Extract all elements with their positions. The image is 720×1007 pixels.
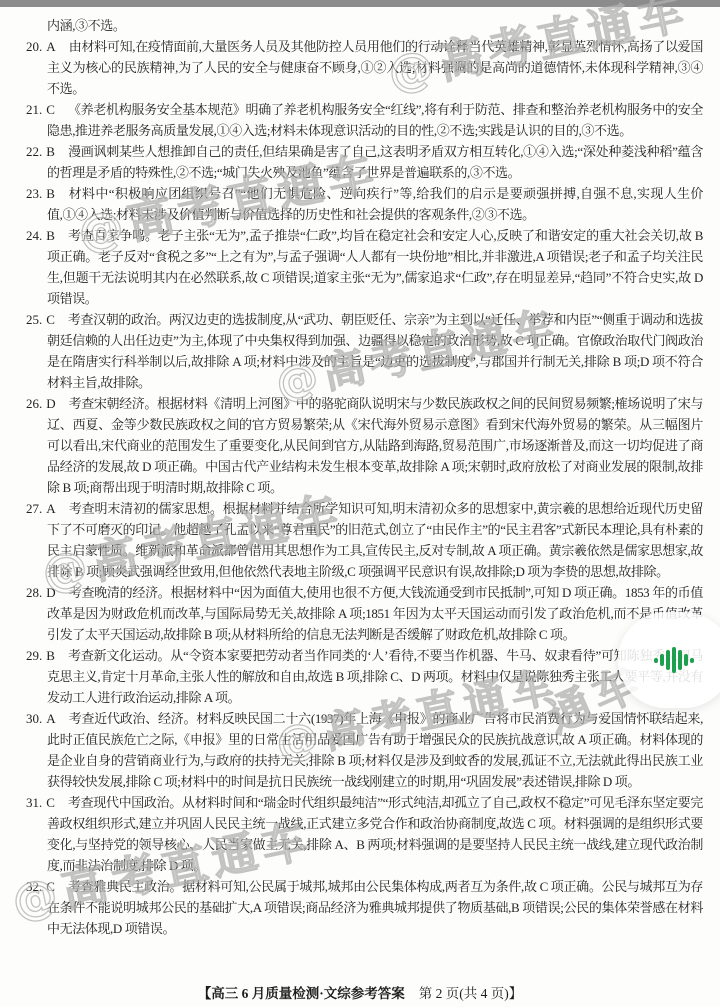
answer-item: 31.C考查现代中国政治。从材料时间和“瑞金时代组织最纯洁”“形式纯洁,却孤立了… [0,792,720,876]
item-answer-letter: B [46,648,55,663]
audio-waveform-icon [654,646,694,674]
item-marker: 26.D [26,396,56,411]
answer-item: 29.B考查新文化运动。从“令资本家要把劳动者当作同类的‘人’看待,不要当作机器… [0,645,720,708]
answer-item: 26.D考查宋朝经济。根据材料《清明上河图》中的骆驼商队说明宋与少数民族政权之间… [0,393,720,498]
item-marker: 20.A [26,39,56,54]
item-explanation: 由材料可知,在疫情面前,大量医务人员及其他防控人员用他们的行动诠释当代英雄精神,… [47,39,703,96]
item-marker: 30.A [26,711,56,726]
item-answer-letter: B [46,228,55,243]
listen-overlay[interactable] [618,612,720,708]
item-answer-letter: A [46,501,55,516]
item-answer-letter: A [46,39,55,54]
answer-item: 23.B材料中“积极响应团组织号召”“他们无惧危险、逆向疾行”等,给我们的启示是… [0,183,720,225]
item-marker: 21.C [26,102,55,117]
answers-list: 内涵,③不选。 20.A由材料可知,在疫情面前,大量医务人员及其他防控人员用他们… [0,15,720,939]
item-explanation: 《养老机构服务安全基本规范》明确了养老机构服务安全“红线”,将有利于防范、排查和… [47,102,703,138]
item-explanation: 考查近代政治、经济。材料反映民国二十六(1937)年上海《申报》的商业广告将市民… [47,711,703,789]
answer-item: 22.B漫画讽刺某些人想推卸自己的责任,但结果确是害了自己,这表明矛盾双方相互转… [0,141,720,183]
page-footer: 【高三 6 月质量检测·文综参考答案第 2 页(共 4 页)】 [0,982,720,1002]
continuation-line: 内涵,③不选。 [0,15,720,36]
item-explanation: 考查百家争鸣。老子主张“无为”,孟子推崇“仁政”,均旨在稳定社会和安定人心,反映… [47,228,703,306]
item-number: 30. [26,711,42,726]
item-explanation: 考查明末清初的儒家思想。根据材料并结合所学知识可知,明末清初众多的思想家中,黄宗… [47,501,703,579]
item-number: 21. [26,102,42,117]
answer-item: 20.A由材料可知,在疫情面前,大量医务人员及其他防控人员用他们的行动诠释当代英… [0,36,720,99]
item-marker: 22.B [26,144,55,159]
item-answer-letter: C [46,795,55,810]
item-number: 25. [26,312,42,327]
answer-item: 25.C考查汉朝的政治。两汉边吏的选拔制度,从“武功、朝臣贬任、宗亲”为主到以“… [0,309,720,393]
item-number: 26. [26,396,42,411]
item-number: 31. [26,795,42,810]
footer-page-info: 第 2 页(共 4 页)】 [419,986,523,1001]
item-number: 23. [26,186,42,201]
item-explanation: 考查现代中国政治。从材料时间和“瑞金时代组织最纯洁”“形式纯洁,却孤立了自己,政… [47,795,703,873]
answer-item: 27.A考查明末清初的儒家思想。根据材料并结合所学知识可知,明末清初众多的思想家… [0,498,720,582]
item-marker: 25.C [26,312,55,327]
item-explanation: 考查汉朝的政治。两汉边吏的选拔制度,从“武功、朝臣贬任、宗亲”为主到以“迁任、举… [47,312,703,390]
item-number: 22. [26,144,42,159]
item-marker: 32.C [26,879,55,894]
item-answer-letter: B [46,186,55,201]
item-number: 29. [26,648,42,663]
item-explanation: 考查新文化运动。从“令资本家要把劳动者当作同类的‘人’看待,不要当作机器、牛马、… [47,648,703,705]
item-marker: 28.D [26,585,56,600]
item-answer-letter: B [46,144,55,159]
answer-item: 28.D考查晚清的经济。根据材料中“因为面值大,使用也很不方便,大钱流通受到市民… [0,582,720,645]
footer-title: 【高三 6 月质量检测·文综参考答案 [198,986,405,1001]
item-answer-letter: C [46,879,55,894]
answer-item: 30.A考查近代政治、经济。材料反映民国二十六(1937)年上海《申报》的商业广… [0,708,720,792]
item-answer-letter: D [46,396,55,411]
answer-item: 21.C《养老机构服务安全基本规范》明确了养老机构服务安全“红线”,将有利于防范… [0,99,720,141]
item-number: 32. [26,879,42,894]
answer-item: 32.C考查雅典民主政治。据材料可知,公民属于城邦,城邦由公民集体构成,两者互为… [0,876,720,939]
item-number: 20. [26,39,42,54]
item-marker: 23.B [26,186,55,201]
item-marker: 31.C [26,795,55,810]
answer-item: 24.B考查百家争鸣。老子主张“无为”,孟子推崇“仁政”,均旨在稳定社会和安定人… [0,225,720,309]
item-explanation: 材料中“积极响应团组织号召”“他们无惧危险、逆向疾行”等,给我们的启示是要顽强拼… [47,186,703,222]
item-marker: 24.B [26,228,55,243]
item-explanation: 考查晚清的经济。根据材料中“因为面值大,使用也很不方便,大钱流通受到市民抵制”,… [47,585,703,642]
item-answer-letter: D [46,585,55,600]
item-explanation: 考查雅典民主政治。据材料可知,公民属于城邦,城邦由公民集体构成,两者互为条件,故… [47,879,703,936]
item-number: 27. [26,501,42,516]
item-marker: 29.B [26,648,55,663]
item-answer-letter: C [46,102,55,117]
item-number: 28. [26,585,42,600]
item-explanation: 考查宋朝经济。根据材料《清明上河图》中的骆驼商队说明宋与少数民族政权之间的民间贸… [47,396,703,495]
item-answer-letter: C [46,312,55,327]
scan-top-bar [0,0,720,7]
page-root: { "watermark": { "text": "@高考直通车", "frag… [0,0,720,1007]
item-number: 24. [26,228,42,243]
item-marker: 27.A [26,501,56,516]
item-explanation: 漫画讽刺某些人想推卸自己的责任,但结果确是害了自己,这表明矛盾双方相互转化,①④… [47,144,703,180]
item-answer-letter: A [46,711,55,726]
